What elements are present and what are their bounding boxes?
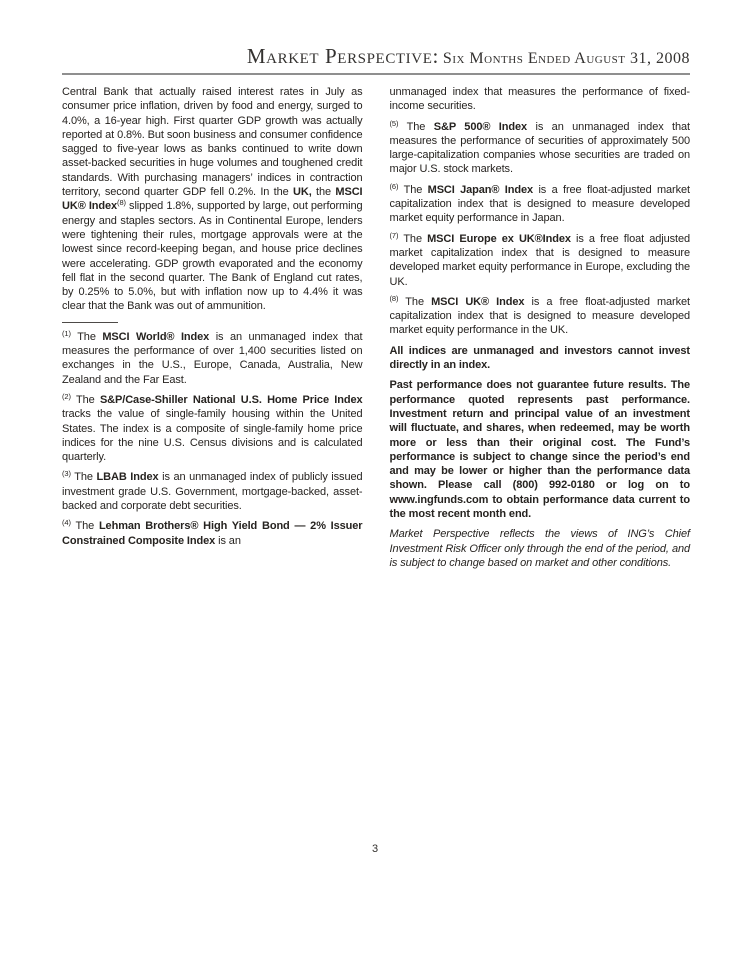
text-run: The bbox=[71, 331, 102, 343]
footnote-2: (2) The S&P/Case-Shiller National U.S. H… bbox=[62, 393, 363, 464]
text-run: The bbox=[398, 184, 427, 196]
footnote-6: (6) The MSCI Japan® Index is a free floa… bbox=[390, 183, 691, 226]
text-run: The bbox=[398, 296, 431, 308]
footnote-4: (4) The Lehman Brothers® High Yield Bond… bbox=[62, 519, 363, 548]
right-column: unmanaged index that measures the perfor… bbox=[390, 85, 691, 576]
text-run: the bbox=[312, 186, 336, 198]
disclaimer-past-performance: Past performance does not guarantee futu… bbox=[390, 378, 691, 521]
text-run: Central Bank that actually raised intere… bbox=[62, 86, 363, 198]
two-column-body: Central Bank that actually raised intere… bbox=[62, 85, 690, 576]
footnote-marker: (2) bbox=[62, 392, 71, 401]
disclaimer-indices: All indices are unmanaged and investors … bbox=[390, 344, 691, 373]
bold-uk: UK, bbox=[293, 186, 312, 198]
index-name-case-shiller: S&P/Case-Shiller National U.S. Home Pric… bbox=[100, 394, 363, 406]
footnote-marker: (4) bbox=[62, 518, 71, 527]
page-number: 3 bbox=[0, 843, 750, 855]
footnote-3: (3) The LBAB Index is an unmanaged index… bbox=[62, 470, 363, 513]
footnote-8: (8) The MSCI UK® Index is a free float-a… bbox=[390, 295, 691, 338]
left-column: Central Bank that actually raised intere… bbox=[62, 85, 363, 576]
footnote-marker: (3) bbox=[62, 469, 71, 478]
text-run: tracks the value of single-family housin… bbox=[62, 408, 363, 463]
text-run: is an bbox=[215, 535, 241, 547]
document-page: Market Perspective: Six Months Ended Aug… bbox=[0, 0, 750, 977]
text-run: The bbox=[71, 471, 97, 483]
footnote-4-continuation: unmanaged index that measures the perfor… bbox=[390, 85, 691, 114]
chief-risk-officer-note: Market Perspective reflects the views of… bbox=[390, 527, 691, 570]
footnote-7: (7) The MSCI Europe ex UK®Index is a fre… bbox=[390, 232, 691, 289]
footnote-1: (1) The MSCI World® Index is an unmanage… bbox=[62, 330, 363, 387]
intro-paragraph: Central Bank that actually raised intere… bbox=[62, 85, 363, 314]
index-name-lehman-high-yield: Lehman Brothers® High Yield Bond — 2% Is… bbox=[62, 520, 363, 546]
index-name-msci-uk: MSCI UK® Index bbox=[431, 296, 524, 308]
footnote-separator bbox=[62, 322, 118, 323]
footnote-ref-8: (8) bbox=[117, 198, 126, 207]
page-subtitle: Six Months Ended August 31, 2008 bbox=[443, 50, 690, 67]
text-run: The bbox=[398, 121, 433, 133]
text-run: The bbox=[71, 520, 99, 532]
footnote-5: (5) The S&P 500® Index is an unmanaged i… bbox=[390, 120, 691, 177]
index-name-lbab: LBAB Index bbox=[97, 471, 159, 483]
text-run: slipped 1.8%, supported by large, out pe… bbox=[62, 200, 363, 312]
index-name-msci-world: MSCI World® Index bbox=[102, 331, 209, 343]
page-title: Market Perspective: bbox=[247, 44, 439, 68]
index-name-msci-europe-ex-uk: MSCI Europe ex UK®Index bbox=[427, 233, 571, 245]
footnote-marker: (1) bbox=[62, 329, 71, 338]
index-name-msci-japan: MSCI Japan® Index bbox=[428, 184, 533, 196]
text-run: The bbox=[71, 394, 100, 406]
page-header: Market Perspective: Six Months Ended Aug… bbox=[62, 44, 690, 75]
index-name-sp500: S&P 500® Index bbox=[434, 121, 527, 133]
text-run: The bbox=[398, 233, 427, 245]
